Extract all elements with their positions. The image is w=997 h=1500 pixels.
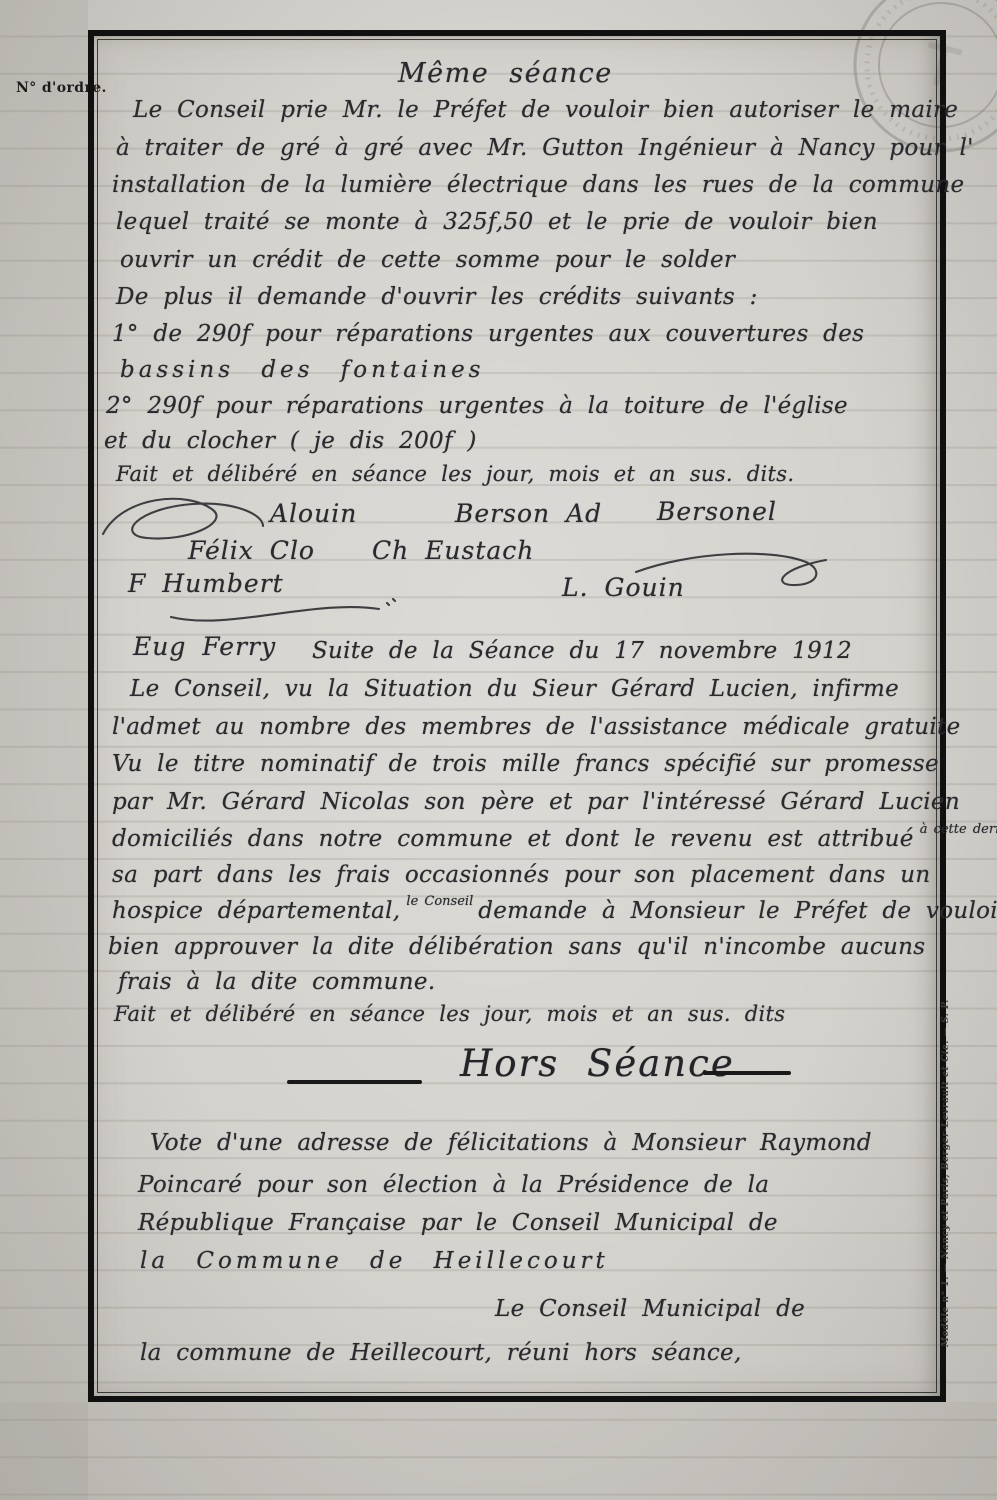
page-left-margin bbox=[0, 0, 88, 1500]
manuscript-line: ouvrir un crédit de cette somme pour le … bbox=[120, 247, 735, 273]
manuscript-line-with-insertion: hospice départemental,le Conseildemande … bbox=[112, 898, 997, 924]
manuscript-line: Vote d'une adresse de félicitations à Mo… bbox=[150, 1130, 872, 1156]
manuscript-line: Vu le titre nominatif de trois mille fra… bbox=[112, 751, 939, 777]
signature: L. Gouin bbox=[562, 573, 685, 602]
manuscript-line: Fait et délibéré en séance les jour, moi… bbox=[116, 462, 794, 486]
manuscript-line: et du clocher ( je dis 200f ) bbox=[104, 428, 477, 454]
manuscript-line: De plus il demande d'ouvrir les crédits … bbox=[116, 284, 758, 310]
manuscript-line: la commune de Heillecourt, réuni hors sé… bbox=[140, 1340, 742, 1366]
section-title-hors-seance: Hors Séance bbox=[460, 1042, 735, 1085]
manuscript-line: 1° de 290f pour réparations urgentes aux… bbox=[112, 321, 864, 347]
title-rule-left bbox=[287, 1080, 422, 1084]
manuscript-line: l'admet au nombre des membres de l'assis… bbox=[112, 714, 961, 740]
interline-insertion: à cette dernière bbox=[920, 822, 997, 837]
signature: Félix Clo bbox=[188, 536, 315, 565]
register-page: N° d'ordre. Même séance Le Conseil prie … bbox=[0, 0, 997, 1500]
manuscript-line: installation de la lumière électrique da… bbox=[112, 172, 964, 198]
manuscript-line: République Française par le Conseil Muni… bbox=[138, 1210, 778, 1236]
section-title-meme-seance: Même séance bbox=[398, 58, 613, 89]
line-text: hospice départemental, bbox=[112, 898, 400, 924]
manuscript-line: frais à la dite commune. bbox=[118, 969, 435, 995]
signature: Ch Eustach bbox=[372, 536, 534, 565]
manuscript-line: bien approuver la dite délibération sans… bbox=[108, 934, 925, 960]
interline-insertion: le Conseil bbox=[406, 894, 473, 909]
manuscript-line: Le Conseil prie Mr. le Préfet de vouloir… bbox=[133, 97, 958, 123]
manuscript-line: Poincaré pour son élection à la Présiden… bbox=[138, 1172, 769, 1198]
section-heading-suite: Suite de la Séance du 17 novembre 1912 bbox=[312, 638, 852, 664]
manuscript-line: sa part dans les frais occasionnés pour … bbox=[112, 862, 930, 888]
manuscript-line-with-insertion: domiciliés dans notre commune et dont le… bbox=[112, 826, 997, 852]
signature: Eug Ferry bbox=[133, 632, 276, 661]
manuscript-line: la Commune de Heillecourt bbox=[140, 1248, 609, 1274]
line-text: demande à Monsieur le Préfet de vouloir bbox=[478, 898, 997, 924]
manuscript-line: Le Conseil Municipal de bbox=[495, 1296, 805, 1322]
signature: Bersonel bbox=[657, 497, 777, 526]
manuscript-line: lequel traité se monte à 325f,50 et le p… bbox=[116, 209, 878, 235]
signature-flourish bbox=[165, 593, 400, 635]
manuscript-line: par Mr. Gérard Nicolas son père et par l… bbox=[112, 789, 960, 815]
manuscript-line: à traiter de gré à gré avec Mr. Gutton I… bbox=[116, 135, 974, 161]
manuscript-line: bassins des fontaines bbox=[120, 357, 485, 383]
page-bottom-margin bbox=[0, 1402, 997, 1500]
printer-imprint: Modèle n° 1. — Nancy et Paris, Berger-Le… bbox=[941, 1012, 951, 1347]
manuscript-line: Le Conseil, vu la Situation du Sieur Gér… bbox=[130, 676, 899, 702]
manuscript-line: Fait et délibéré en séance les jour, moi… bbox=[114, 1002, 785, 1026]
title-rule-right bbox=[703, 1071, 791, 1075]
signature: Alouin bbox=[270, 499, 357, 528]
line-text: domiciliés dans notre commune et dont le… bbox=[112, 826, 914, 852]
signature: Berson Ad bbox=[455, 499, 602, 528]
manuscript-line: 2° 290f pour réparations urgentes à la t… bbox=[106, 393, 848, 419]
